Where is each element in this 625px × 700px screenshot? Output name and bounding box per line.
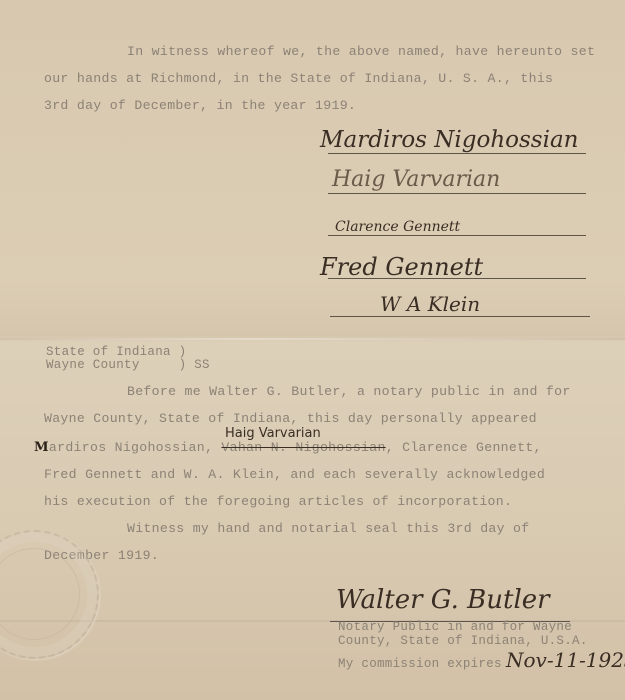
signature-mardiros-nigohossian: Mardiros Nigohossian (320, 127, 579, 153)
commission-label: My commission expires (338, 657, 502, 671)
signature-haig-varvarian: Haig Varvarian (332, 167, 500, 192)
ack-text: , Clarence Gennett, (386, 440, 542, 455)
ack-line-1: Before me Walter G. Butler, a notary pub… (127, 384, 571, 399)
notary-signature: Walter G. Butler (336, 585, 550, 615)
signature-fred-gennett: Fred Gennett (320, 253, 483, 281)
ack-line-4: Fred Gennett and W. A. Klein, and each s… (44, 467, 545, 482)
handwritten-initial: M (34, 440, 49, 455)
notary-witness-line-1: Witness my hand and notarial seal this 3… (127, 521, 529, 536)
witness-line-2: our hands at Richmond, in the State of I… (44, 71, 553, 86)
venue-county: Wayne County ) SS (46, 358, 210, 372)
commission-date: Nov-11-1923 (506, 648, 625, 672)
ack-text: ardiros Nigohossian, (49, 440, 222, 455)
signature-line (328, 193, 586, 194)
ack-line-3: Mardiros Nigohossian, Vahan N. Nigohossi… (34, 440, 542, 455)
venue-state: State of Indiana ) (46, 345, 186, 359)
paper-fold-line (0, 338, 625, 340)
ack-line-2: Wayne County, State of Indiana, this day… (44, 411, 537, 426)
signature-line (330, 316, 590, 317)
signature-line (328, 235, 586, 236)
witness-line-3: 3rd day of December, in the year 1919. (44, 98, 356, 113)
handwritten-insertion: Haig Varvarian (225, 426, 321, 441)
signature-line (328, 153, 586, 154)
notary-title-line-1: Notary Public in and for Wayne (338, 620, 572, 634)
signature-line (328, 278, 586, 279)
witness-line-1: In witness whereof we, the above named, … (127, 44, 595, 59)
ack-line-5: his execution of the foregoing articles … (44, 494, 512, 509)
notary-title-line-2: County, State of Indiana, U.S.A. (338, 634, 588, 648)
signature-wa-klein: W A Klein (380, 292, 480, 316)
struck-name: Vahan N. Nigohossian (221, 440, 385, 455)
signature-clarence-gennett: Clarence Gennett (335, 219, 460, 235)
